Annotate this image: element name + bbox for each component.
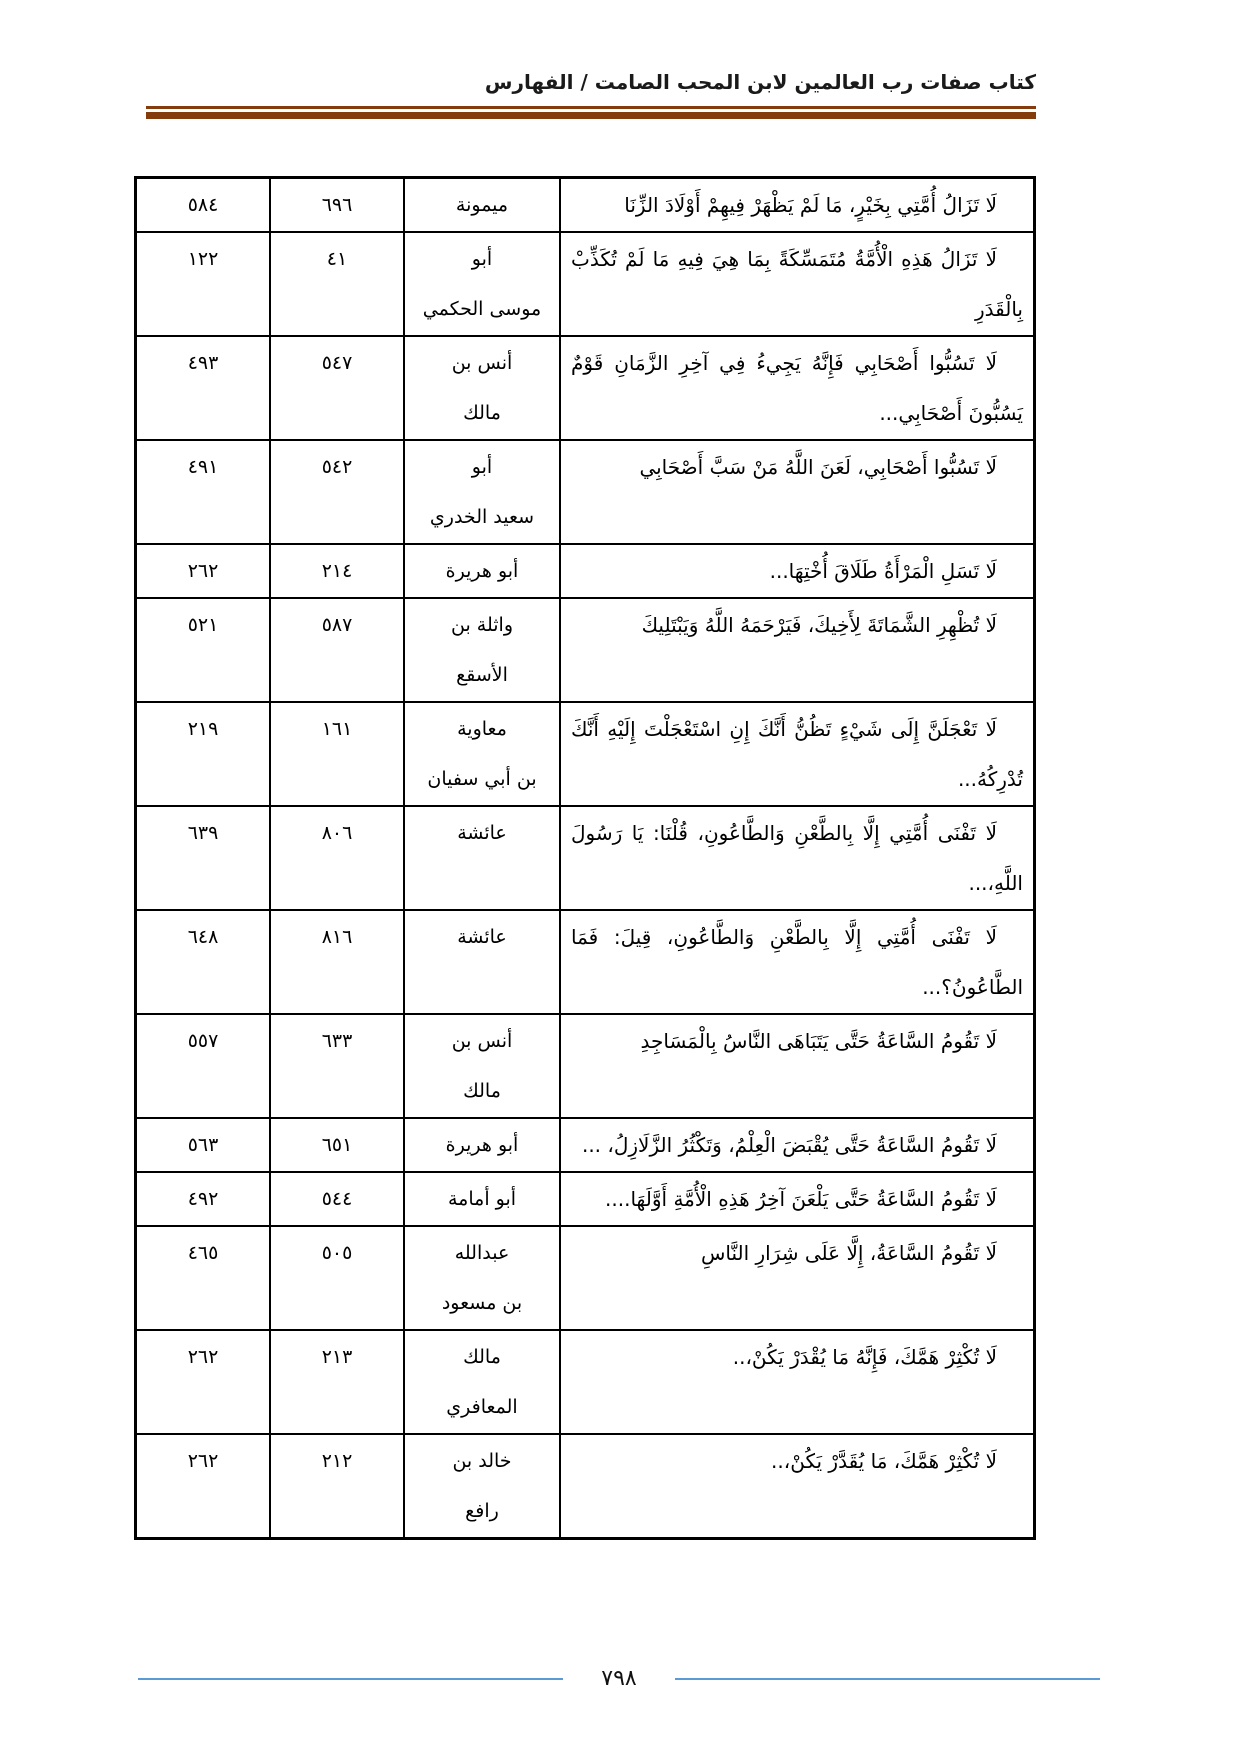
hadith-number-cell: ٨٠٦ [270,806,404,910]
narrator-cell: عائشة [404,806,560,910]
footer-rule-right [675,1678,1100,1680]
hadith-number-cell: ٦٩٦ [270,178,404,233]
hadith-number-cell: ٢١٢ [270,1434,404,1539]
page-number-cell: ٤٩٢ [136,1172,271,1226]
hadith-text-cell: لَا تَسُبُّوا أَصْحَابِي فَإِنَّهُ يَجِي… [560,336,1035,440]
hadith-text-cell: لَا تَعْجَلَنَّ إِلَى شَيْءٍ تَظُنُّ أَن… [560,702,1035,806]
table-row: لَا تَقُومُ السَّاعَةُ، إِلَّا عَلَى شِر… [136,1226,1035,1330]
table-row: لَا تَزَالُ هَذِهِ الْأُمَّةُ مُتَمَسِّك… [136,232,1035,336]
page-number-cell: ٢١٩ [136,702,271,806]
table-row: لَا تَسُبُّوا أَصْحَابِي فَإِنَّهُ يَجِي… [136,336,1035,440]
hadith-text-cell: لَا تَفْنَى أُمَّتِي إِلَّا بِالطَّعْنِ … [560,806,1035,910]
hadith-text-cell: لَا تَفْنَى أُمَّتِي إِلَّا بِالطَّعْنِ … [560,910,1035,1014]
page-number-cell: ٥٢١ [136,598,271,702]
hadith-number-cell: ٤١ [270,232,404,336]
table-row: لَا تَسَلِ الْمَرْأَةُ طَلَاقَ أُخْتِهَا… [136,544,1035,598]
hadith-number-cell: ٥٠٥ [270,1226,404,1330]
hadith-text-cell: لَا تُكْثِرْ هَمَّكَ، مَا يُقَدَّرْ يَكُ… [560,1434,1035,1539]
page-number-cell: ٦٣٩ [136,806,271,910]
footer-page-number: ٧٩٨ [601,1662,636,1696]
narrator-cell: خالد بن رافع [404,1434,560,1539]
hadith-number-cell: ٥٤٤ [270,1172,404,1226]
page-number-cell: ٢٦٢ [136,544,271,598]
hadith-text-cell: لَا تَزَالُ هَذِهِ الْأُمَّةُ مُتَمَسِّك… [560,232,1035,336]
table-row: لَا تَزَالُ أُمَّتِي بِخَيْرٍ، مَا لَمْ … [136,178,1035,233]
narrator-cell: عائشة [404,910,560,1014]
hadith-text-cell: لَا تُكْثِرْ هَمَّكَ، فَإِنَّهُ مَا يُقْ… [560,1330,1035,1434]
table-row: لَا تَفْنَى أُمَّتِي إِلَّا بِالطَّعْنِ … [136,806,1035,910]
hadith-number-cell: ٢١٣ [270,1330,404,1434]
table-row: لَا تُكْثِرْ هَمَّكَ، فَإِنَّهُ مَا يُقْ… [136,1330,1035,1434]
page-number-cell: ٥٥٧ [136,1014,271,1118]
table-row: لَا تَقُومُ السَّاعَةُ حَتَّى يُقْبَضَ ا… [136,1118,1035,1172]
narrator-cell: أبو موسى الحكمي [404,232,560,336]
table-row: لَا تَفْنَى أُمَّتِي إِلَّا بِالطَّعْنِ … [136,910,1035,1014]
table-row: لَا تَقُومُ السَّاعَةُ حَتَّى يَلْعَنَ آ… [136,1172,1035,1226]
table-row: لَا تَعْجَلَنَّ إِلَى شَيْءٍ تَظُنُّ أَن… [136,702,1035,806]
page-number-cell: ٤٦٥ [136,1226,271,1330]
narrator-cell: أنس بن مالك [404,336,560,440]
header-rule [146,106,1036,119]
hadith-number-cell: ٨١٦ [270,910,404,1014]
narrator-cell: عبدالله بن مسعود [404,1226,560,1330]
page-number-cell: ٤٩٣ [136,336,271,440]
footer-rule-left [138,1678,563,1680]
hadith-number-cell: ٢١٤ [270,544,404,598]
hadith-table-body: لَا تَزَالُ أُمَّتِي بِخَيْرٍ، مَا لَمْ … [136,178,1035,1539]
page-number-cell: ٦٤٨ [136,910,271,1014]
hadith-number-cell: ٥٤٢ [270,440,404,544]
hadith-text-cell: لَا تَقُومُ السَّاعَةُ حَتَّى يُقْبَضَ ا… [560,1118,1035,1172]
hadith-text-cell: لَا تَقُومُ السَّاعَةُ حَتَّى يَلْعَنَ آ… [560,1172,1035,1226]
hadith-number-cell: ٥٤٧ [270,336,404,440]
narrator-cell: أبو هريرة [404,544,560,598]
hadith-index-table: لَا تَزَالُ أُمَّتِي بِخَيْرٍ، مَا لَمْ … [134,176,1036,1540]
page-number-cell: ٥٨٤ [136,178,271,233]
hadith-text-cell: لَا تَسُبُّوا أَصْحَابِي، لَعَنَ اللَّهُ… [560,440,1035,544]
hadith-number-cell: ٦٥١ [270,1118,404,1172]
page-header: كتاب صفات رب العالمين لابن المحب الصامت … [146,68,1036,119]
hadith-text-cell: لَا تَسَلِ الْمَرْأَةُ طَلَاقَ أُخْتِهَا… [560,544,1035,598]
book-page: كتاب صفات رب العالمين لابن المحب الصامت … [0,0,1240,1754]
table-row: لَا تَسُبُّوا أَصْحَابِي، لَعَنَ اللَّهُ… [136,440,1035,544]
page-number-cell: ٥٦٣ [136,1118,271,1172]
page-number-cell: ٢٦٢ [136,1330,271,1434]
table-row: لَا تُظْهِرِ الشَّمَاتَةَ لِأَخِيكَ، فَي… [136,598,1035,702]
narrator-cell: أبو هريرة [404,1118,560,1172]
page-number-cell: ٢٦٢ [136,1434,271,1539]
narrator-cell: مالك المعافري [404,1330,560,1434]
header-rule-thin-line [146,106,1036,109]
page-number-cell: ١٢٢ [136,232,271,336]
hadith-text-cell: لَا تَقُومُ السَّاعَةُ، إِلَّا عَلَى شِر… [560,1226,1035,1330]
hadith-number-cell: ٥٨٧ [270,598,404,702]
narrator-cell: أبو أمامة [404,1172,560,1226]
narrator-cell: أنس بن مالك [404,1014,560,1118]
header-rule-thick-line [146,112,1036,119]
hadith-number-cell: ٦٣٣ [270,1014,404,1118]
hadith-text-cell: لَا تُظْهِرِ الشَّمَاتَةَ لِأَخِيكَ، فَي… [560,598,1035,702]
table-row: لَا تَقُومُ السَّاعَةُ حَتَّى يَتَبَاهَى… [136,1014,1035,1118]
page-title: كتاب صفات رب العالمين لابن المحب الصامت … [146,68,1036,96]
page-number-cell: ٤٩١ [136,440,271,544]
narrator-cell: أبو سعيد الخدري [404,440,560,544]
narrator-cell: واثلة بن الأسقع [404,598,560,702]
narrator-cell: ميمونة [404,178,560,233]
hadith-number-cell: ١٦١ [270,702,404,806]
hadith-text-cell: لَا تَزَالُ أُمَّتِي بِخَيْرٍ، مَا لَمْ … [560,178,1035,233]
hadith-text-cell: لَا تَقُومُ السَّاعَةُ حَتَّى يَتَبَاهَى… [560,1014,1035,1118]
table-row: لَا تُكْثِرْ هَمَّكَ، مَا يُقَدَّرْ يَكُ… [136,1434,1035,1539]
page-footer: ٧٩٨ [138,1662,1100,1696]
narrator-cell: معاوية بن أبي سفيان [404,702,560,806]
